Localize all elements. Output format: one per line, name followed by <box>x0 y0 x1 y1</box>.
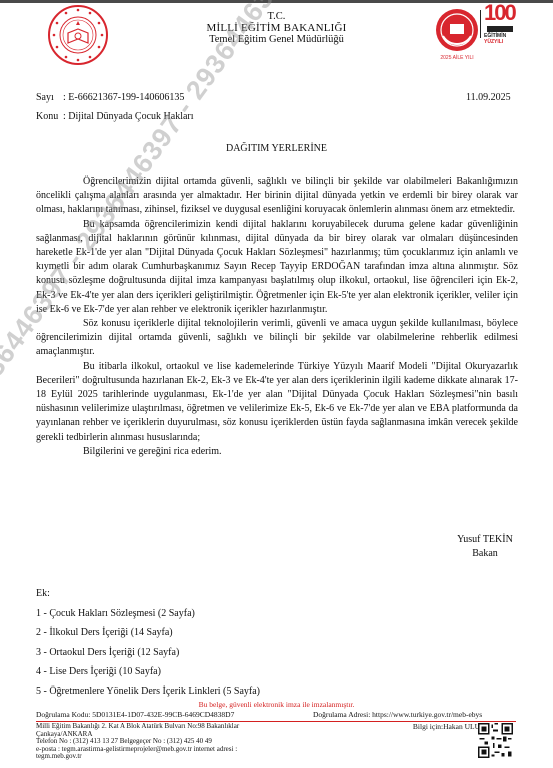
paragraph: Bu itibarla ilkokul, ortaokul ve lise ka… <box>36 360 518 445</box>
attachment-item: 2 - İlkokul Ders İçeriği (14 Sayfa) <box>36 623 260 643</box>
paragraph: Söz konusu içeriklerle dijital teknoloji… <box>36 317 518 360</box>
header-ministry: MİLLİ EĞİTİM BAKANLIĞI <box>0 22 553 34</box>
address-line: tegm.meb.gov.tr <box>36 753 286 761</box>
konu-value: : Dijital Dünyada Çocuk Hakları <box>63 111 194 122</box>
header-directorate: Temel Eğitim Genel Müdürlüğü <box>0 34 553 46</box>
svg-text:2025 AİLE YILI: 2025 AİLE YILI <box>440 54 473 61</box>
document-number: Sayı: E-66621367-199-140606135 <box>36 92 184 104</box>
distribution-heading: DAĞITIM YERLERİNE <box>0 143 553 154</box>
letter-body: Öğrencilerimizin dijital ortamda güvenli… <box>36 175 518 459</box>
signatory-name: Yusuf TEKİN <box>440 533 530 547</box>
attachment-item: 4 - Lise Ders İçeriği (10 Sayfa) <box>36 662 260 682</box>
attachment-item: 5 - Öğretmenlere Yönelik Ders İçerik Lin… <box>36 682 260 702</box>
esign-note: Bu belge, güvenli elektronik imza ile im… <box>0 700 553 709</box>
attachment-item: 3 - Ortaokul Ders İçeriği (12 Sayfa) <box>36 643 260 663</box>
konu-label: Konu <box>36 111 63 123</box>
verification-address: Doğrulama Adresi: https://www.turkiye.go… <box>313 710 482 719</box>
sayi-value: : E-66621367-199-140606135 <box>63 92 184 103</box>
paragraph: Bu kapsamda öğrencilerimizin kendi dijit… <box>36 218 518 317</box>
attachment-item: 1 - Çocuk Hakları Sözleşmesi (2 Sayfa) <box>36 604 260 624</box>
qr-code-icon <box>478 723 513 758</box>
verification-code: Doğrulama Kodu: 5D0131E4-1D07-432E-99CB-… <box>36 710 234 719</box>
signatory-title: Bakan <box>440 547 530 561</box>
attachments-label: Ek: <box>36 584 260 604</box>
paragraph: Bilgilerini ve gereğini rica ederim. <box>36 445 518 459</box>
attachments-list: Ek: 1 - Çocuk Hakları Sözleşmesi (2 Sayf… <box>36 584 260 701</box>
document-subject: Konu: Dijital Dünyada Çocuk Hakları <box>36 111 194 123</box>
ministry-address: Milli Eğitim Bakanlığı 2. Kat A Blok Ata… <box>36 723 286 761</box>
sayi-label: Sayı <box>36 92 63 104</box>
paragraph: Öğrencilerimizin dijital ortamda güvenli… <box>36 175 518 218</box>
document-date: 11.09.2025 <box>466 92 511 103</box>
